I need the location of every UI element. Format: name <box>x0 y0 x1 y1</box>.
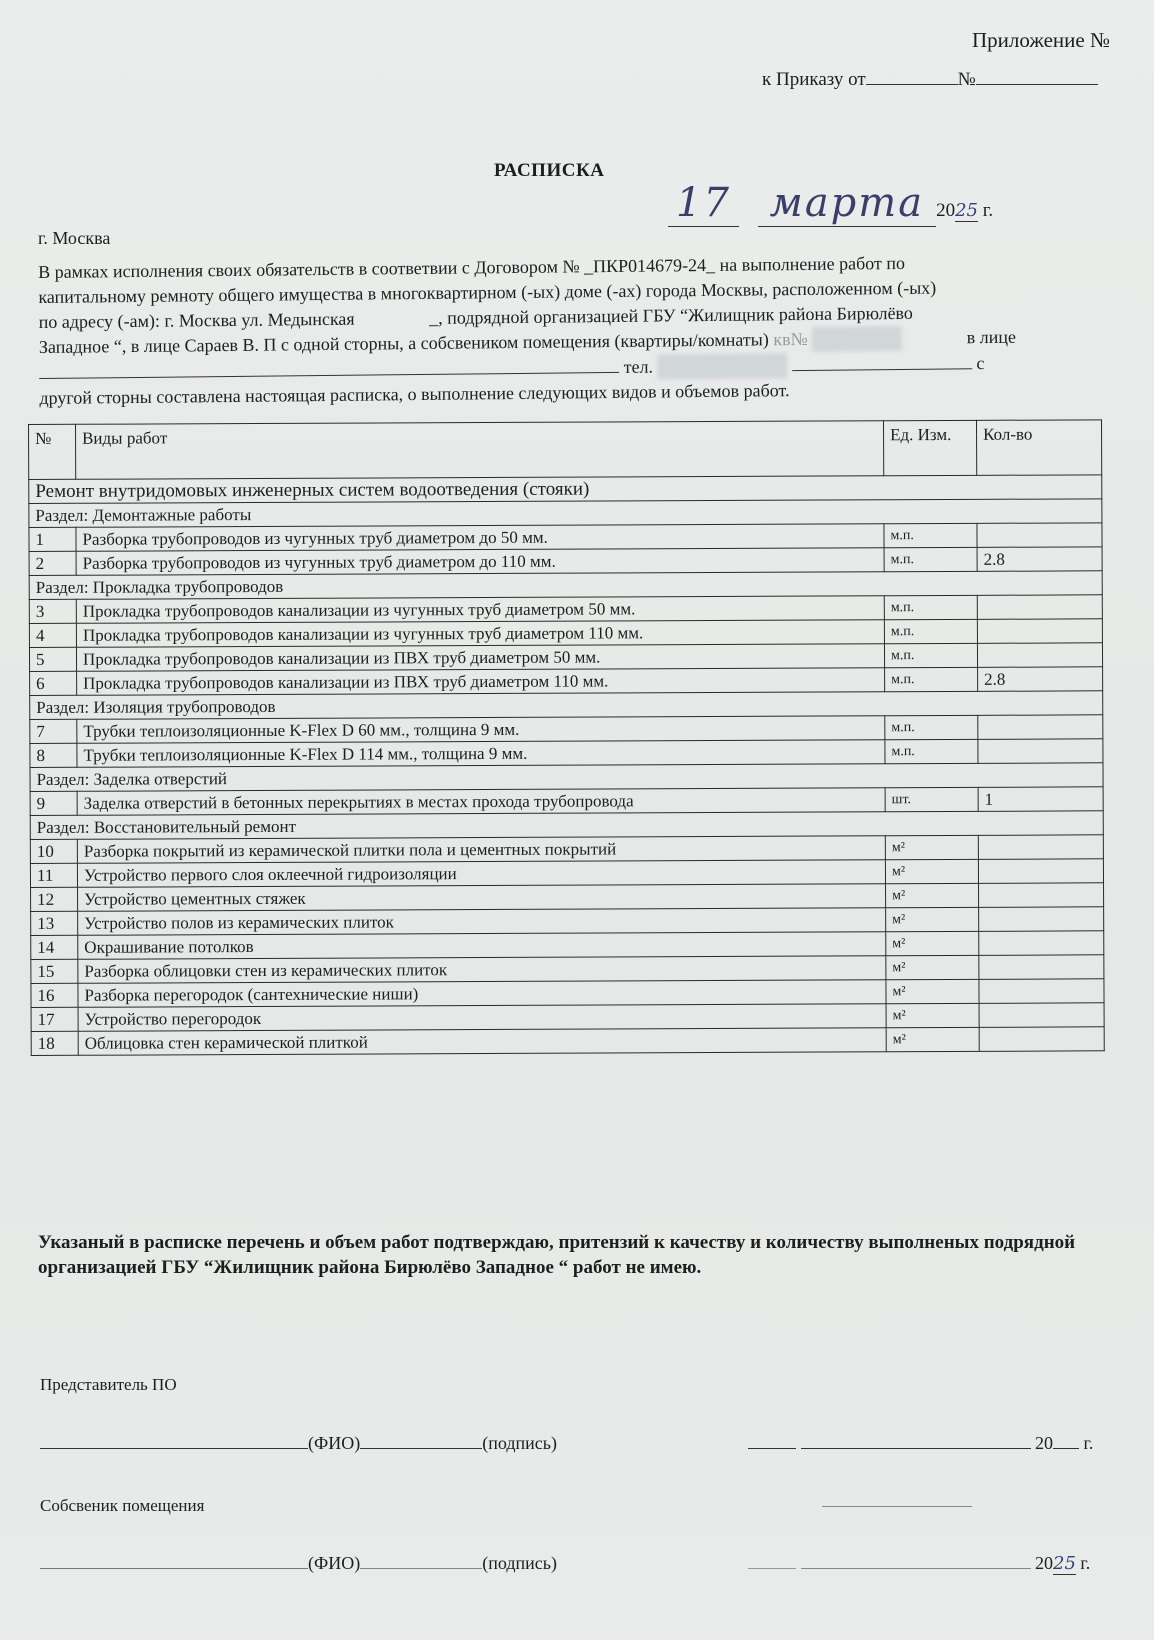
row-work: Заделка отверстий в бетонных перекрытиях… <box>77 788 885 816</box>
row-unit: м² <box>886 979 979 1003</box>
owner-date-row: 2025 г. <box>748 1550 1090 1574</box>
document-title: РАСПИСКА <box>494 160 604 182</box>
owner-month-blank[interactable] <box>801 1550 1031 1569</box>
row-num: 1 <box>29 527 76 551</box>
row-unit: м² <box>885 859 978 883</box>
row-unit: м.п. <box>884 595 977 619</box>
row-work: Прокладка трубопроводов канализации из ч… <box>76 596 884 624</box>
row-qty: 2.8 <box>977 547 1102 572</box>
contractor-year-blank[interactable] <box>1053 1430 1079 1449</box>
phone-redacted <box>657 353 787 379</box>
row-unit: м² <box>886 883 979 907</box>
row-num: 15 <box>31 959 78 983</box>
in-person-label: в лице <box>967 327 1016 348</box>
owner-day-blank[interactable] <box>748 1550 796 1569</box>
row-num: 18 <box>31 1031 78 1055</box>
header-num: № <box>29 424 76 479</box>
owner-year-suffix: г. <box>1080 1553 1090 1573</box>
row-qty <box>978 715 1103 740</box>
row-work: Прокладка трубопроводов канализации из ч… <box>76 620 884 648</box>
row-unit: м² <box>886 907 979 931</box>
row-unit: м² <box>886 931 979 955</box>
row-num: 6 <box>30 671 77 695</box>
row-unit: м.п. <box>884 619 977 643</box>
row-qty <box>978 835 1103 860</box>
contractor-sign-blank[interactable] <box>360 1430 482 1449</box>
table-row: 18Облицовка стен керамической плиткойм² <box>31 1027 1104 1056</box>
order-date-blank <box>866 66 958 85</box>
header-qty: Кол-во <box>976 420 1101 476</box>
owner-extra-line <box>822 1506 972 1507</box>
row-qty <box>977 619 1102 644</box>
owner-fio-label: (ФИО) <box>308 1553 360 1573</box>
row-num: 2 <box>29 551 76 575</box>
row-qty <box>979 1027 1104 1052</box>
owner-sign-blank[interactable] <box>360 1550 482 1569</box>
contractor-year-prefix: 20 <box>1035 1433 1053 1453</box>
row-work: Устройство первого слоя оклеечной гидрои… <box>77 860 885 888</box>
row-qty <box>979 907 1104 932</box>
row-qty <box>979 883 1104 908</box>
address-text: по адресу (-ам): г. Москва ул. Медынская <box>39 309 355 332</box>
row-unit: м² <box>885 835 978 859</box>
row-work: Устройство перегородок <box>78 1004 886 1032</box>
row-work: Окрашивание потолков <box>78 932 886 960</box>
row-work: Разборка покрытий из керамической плитки… <box>77 836 885 864</box>
row-qty <box>977 595 1102 620</box>
row-unit: м.п. <box>885 667 978 691</box>
address-number-blank <box>359 324 429 325</box>
contractor-fio-label: (ФИО) <box>308 1433 360 1453</box>
row-num: 12 <box>31 887 78 911</box>
row-qty: 1 <box>978 787 1103 812</box>
row-num: 16 <box>31 983 78 1007</box>
row-work: Устройство полов из керамических плиток <box>78 908 886 936</box>
order-prefix: к Приказу от <box>762 69 866 90</box>
intro-paragraph: В рамках исполнения своих обязательств в… <box>38 249 1110 411</box>
date-year-prefix: 20 <box>936 200 955 221</box>
appendix-label: Приложение № <box>972 28 1110 53</box>
row-work: Прокладка трубопроводов канализации из П… <box>77 668 885 696</box>
row-num: 11 <box>30 863 77 887</box>
owner-year-prefix: 20 <box>1035 1553 1053 1573</box>
table-header-row: № Виды работ Ед. Изм. Кол-во <box>29 420 1102 480</box>
row-num: 10 <box>30 839 77 863</box>
owner-year-handwritten: 25 <box>1053 1553 1076 1575</box>
row-unit: м² <box>886 955 979 979</box>
row-num: 7 <box>30 719 77 743</box>
row-unit: м² <box>886 1027 979 1051</box>
row-qty <box>978 739 1103 764</box>
date-day: 17 <box>668 180 739 227</box>
owner-sign-label: (подпись) <box>482 1553 557 1573</box>
owner-fio-blank[interactable] <box>40 1550 308 1569</box>
row-num: 8 <box>30 743 77 767</box>
works-table: № Виды работ Ед. Изм. Кол-во Ремонт внут… <box>28 419 1105 1056</box>
row-work: Облицовка стен керамической плиткой <box>78 1028 886 1056</box>
row-qty <box>978 859 1103 884</box>
row-qty <box>979 979 1104 1004</box>
row-num: 13 <box>31 911 78 935</box>
row-work: Разборка трубопроводов из чугунных труб … <box>76 524 884 552</box>
row-qty <box>977 643 1102 668</box>
order-num-blank <box>976 66 1098 85</box>
owner-signature-row: (ФИО)(подпись) <box>40 1550 557 1574</box>
row-num: 5 <box>29 647 76 671</box>
apartment-label: кв№ <box>773 329 808 349</box>
row-work: Разборка трубопроводов из чугунных труб … <box>76 548 884 576</box>
row-num: 17 <box>31 1007 78 1031</box>
document-date: 17 марта2025 г. <box>668 180 993 226</box>
row-qty <box>979 1003 1104 1028</box>
phone-blank <box>792 350 972 371</box>
row-work: Разборка облицовки стен из керамических … <box>78 956 886 984</box>
date-month: марта <box>758 180 936 227</box>
row-num: 3 <box>29 599 76 623</box>
row-unit: м.п. <box>884 523 977 547</box>
contractor-text: _, подрядной организацией ГБУ “Жилищник … <box>429 303 913 328</box>
row-qty <box>979 931 1104 956</box>
header-unit: Ед. Изм. <box>883 420 976 475</box>
owner-label: Собсвеник помещения <box>40 1496 204 1516</box>
contractor-signature-row: (ФИО)(подпись) <box>40 1430 557 1454</box>
date-year: 25 <box>955 200 978 222</box>
apartment-redacted <box>812 326 902 352</box>
order-num-label: № <box>958 69 976 90</box>
row-unit: м.п. <box>884 547 977 571</box>
confirmation-statement: Указаный в расписке перечень и объем раб… <box>38 1230 1078 1280</box>
row-unit: м² <box>886 1003 979 1027</box>
row-work: Трубки теплоизоляционные K-Flex D 114 мм… <box>77 740 885 768</box>
header-work: Виды работ <box>76 421 884 480</box>
row-qty <box>977 523 1102 548</box>
row-num: 4 <box>29 623 76 647</box>
row-unit: м.п. <box>885 715 978 739</box>
contractor-date-row: 20 г. <box>748 1430 1093 1454</box>
row-qty: 2.8 <box>978 667 1103 692</box>
contractor-sign-label: (подпись) <box>482 1433 557 1453</box>
contractor-label: Представитель ПО <box>40 1375 177 1395</box>
contractor-fio-blank[interactable] <box>40 1430 308 1449</box>
row-unit: шт. <box>885 787 978 811</box>
date-year-suffix: г. <box>983 200 993 221</box>
contractor-year-suffix: г. <box>1084 1433 1094 1453</box>
row-num: 9 <box>30 791 77 815</box>
row-unit: м.п. <box>885 739 978 763</box>
row-work: Прокладка трубопроводов канализации из П… <box>76 644 884 672</box>
row-unit: м.п. <box>884 643 977 667</box>
city: г. Москва <box>38 228 110 249</box>
document-page: Приложение № к Приказу от№ РАСПИСКА 17 м… <box>0 0 1154 1640</box>
with-label: с <box>976 353 984 373</box>
phone-label: тел. <box>624 357 654 377</box>
row-work: Разборка перегородок (сантехнические ниш… <box>78 980 886 1008</box>
contractor-month-blank[interactable] <box>801 1430 1031 1449</box>
row-work: Трубки теплоизоляционные K-Flex D 60 мм.… <box>77 716 885 744</box>
row-work: Устройство цементных стяжек <box>78 884 886 912</box>
row-qty <box>979 955 1104 980</box>
row-num: 14 <box>31 935 78 959</box>
order-reference: к Приказу от№ <box>762 66 1098 91</box>
contractor-day-blank[interactable] <box>748 1430 796 1449</box>
